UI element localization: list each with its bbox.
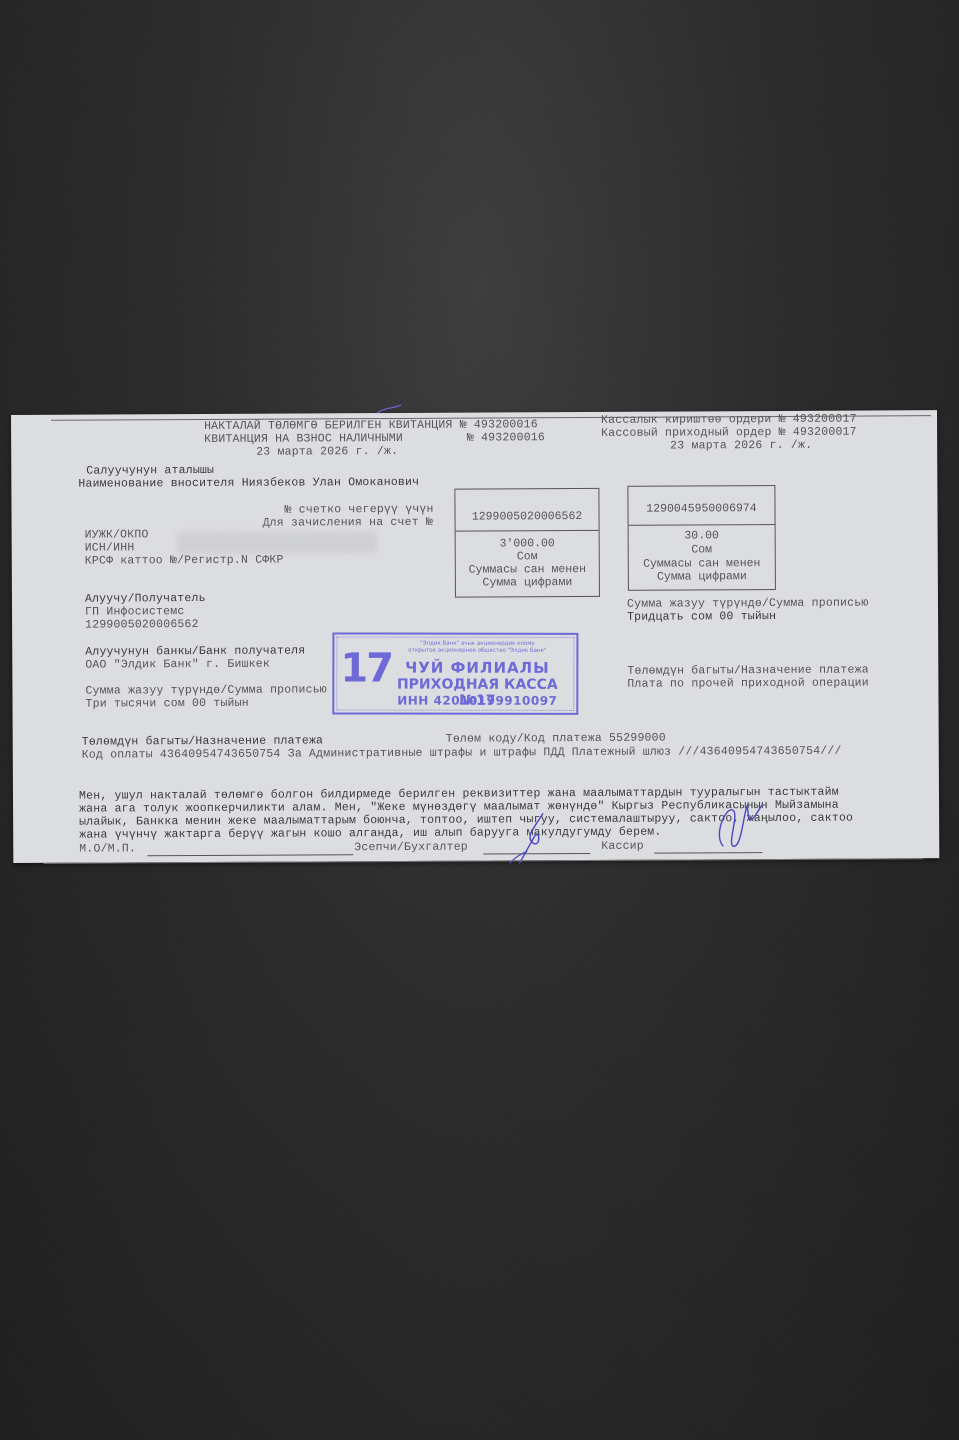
cashier-signature bbox=[703, 796, 773, 856]
krsf-label: КРСФ каттоо №/Регистр.N СФКР bbox=[85, 554, 284, 568]
account-label-ru: Для зачисления на счет № bbox=[263, 516, 434, 530]
order-amount-words-label: Сумма жазуу түрүндө/Сумма прописью bbox=[627, 597, 869, 611]
receipt-amount-box: 1299005020006562 3'000.00 Сом Суммасы са… bbox=[454, 488, 600, 598]
order-currency: Сом bbox=[629, 543, 775, 557]
receipt-account-number: 1299005020006562 bbox=[456, 510, 599, 524]
recipient-account: 1299005020006562 bbox=[85, 618, 199, 632]
receipt-currency: Сом bbox=[456, 550, 599, 564]
bank-name: ОАО "Элдик Банк" г. Бишкек bbox=[85, 658, 270, 672]
box-divider bbox=[629, 524, 775, 526]
payer-label-kg: Салуучунун аталышы bbox=[86, 464, 214, 478]
cash-receipt-document: НАКТАЛАЙ ТӨЛӨМГӨ БЕРИЛГЕН КВИТАНЦИЯ № 49… bbox=[11, 410, 939, 863]
box-divider bbox=[456, 530, 599, 532]
recipient-label: Алуучу/Получатель bbox=[85, 592, 206, 606]
cashier-label: Кассир bbox=[601, 840, 644, 853]
payer-name: Наименование вносителя Ниязбеков Улан Ом… bbox=[78, 476, 419, 491]
accountant-signature bbox=[503, 807, 573, 867]
receipt-amount: 3'000.00 bbox=[456, 537, 599, 551]
receipt-purpose-text: Код оплаты 43640954743650754 За Админист… bbox=[82, 745, 842, 762]
accountant-label: Эсепчи/Бухгалтер bbox=[354, 841, 468, 855]
order-header-kg: Кассалык кириштөө ордери № 493200017 bbox=[601, 413, 857, 427]
receipt-amount-caption-kg: Суммасы сан менен bbox=[456, 563, 599, 577]
top-ink-mark bbox=[371, 393, 411, 418]
stamp-branch: ЧУЙ ФИЛИАЛЫ bbox=[382, 659, 572, 677]
receipt-amount-words: Три тысячи сом 00 тыйын bbox=[85, 697, 248, 711]
order-date: 23 марта 2026 г. /ж. bbox=[670, 439, 812, 453]
receipt-header-ru: КВИТАНЦИЯ НА ВЗНОС НАЛИЧНЫМИ № 493200016 bbox=[204, 431, 545, 446]
bank-cashier-stamp: 17 "Элдик Банк" ачык акционердик коому о… bbox=[332, 632, 578, 714]
mp-label: М.О/М.П. bbox=[79, 842, 136, 855]
order-amount-caption-ru: Сумма цифрами bbox=[629, 570, 775, 584]
order-amount-words: Тридцать сом 00 тыйын bbox=[627, 610, 776, 624]
stamp-small-line-2: открытое акционерное общество "Элдик Бан… bbox=[382, 648, 572, 655]
iujk-okpo-label: ИУЖК/ОКПО bbox=[85, 528, 149, 541]
order-purpose-text: Плата по прочей приходной операции bbox=[627, 677, 869, 691]
order-amount-caption-kg: Суммасы сан менен bbox=[629, 557, 775, 571]
order-header-ru: Кассовый приходный ордер № 493200017 bbox=[601, 426, 857, 440]
receipt-amount-caption-ru: Сумма цифрами bbox=[456, 576, 599, 590]
redacted-field bbox=[177, 531, 377, 554]
order-account-number: 1290045950006974 bbox=[628, 502, 774, 516]
account-label-kg: № счетко чегерүү үчүн bbox=[284, 503, 433, 517]
isn-inn-label: ИСН/ИНН bbox=[85, 541, 135, 554]
consent-line-4: жана үчүнчү жактарга берүү жагын кошо ал… bbox=[79, 826, 661, 842]
receipt-date: 23 марта 2026 г. /ж. bbox=[256, 445, 398, 459]
payment-code: Төлөм коду/Код платежа 55299000 bbox=[446, 732, 666, 746]
receipt-purpose-label: Төлөмдүн багыты/Назначение платежа bbox=[82, 734, 324, 748]
receipt-amount-words-label: Сумма жазуу түрүндө/Сумма прописью bbox=[85, 683, 327, 697]
order-purpose-label: Төлөмдүн багыты/Назначение платежа bbox=[627, 664, 869, 678]
order-amount-box: 1290045950006974 30.00 Сом Суммасы сан м… bbox=[627, 485, 776, 591]
stamp-small-text: "Элдик Банк" ачык акционердик коому откр… bbox=[382, 641, 572, 655]
mp-signature-line bbox=[147, 854, 353, 856]
order-amount: 30.00 bbox=[629, 529, 775, 543]
stamp-inn: ИНН 42010199910097 bbox=[382, 694, 572, 708]
recipient-name: ГП Инфосистемс bbox=[85, 605, 184, 619]
bank-label: Алуучунун банкы/Банк получателя bbox=[85, 644, 305, 658]
